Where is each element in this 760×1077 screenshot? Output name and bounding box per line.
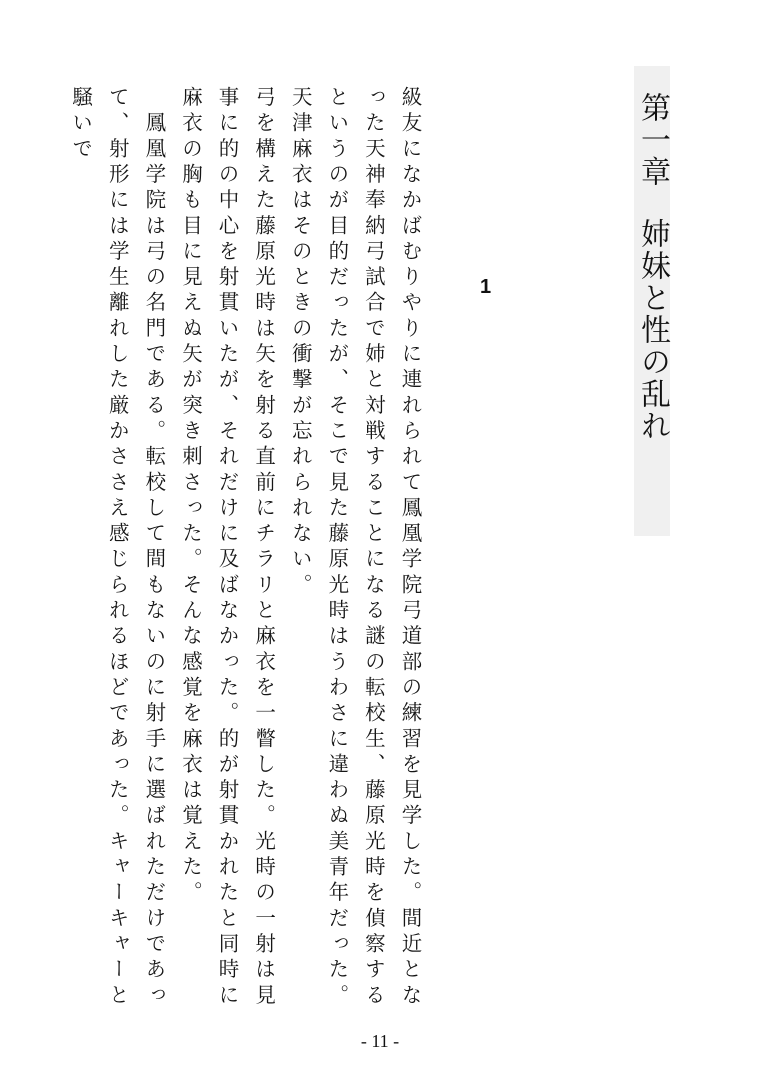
chapter-name: 姉妹と性の乱れ <box>635 218 670 442</box>
paragraph: 級友になかばむりやりに連れられて鳳凰学院弓道部の練習を見学した。間近となった天神… <box>318 86 428 1026</box>
paragraph: 天津麻衣はそのときの衝撃が忘れられない。 <box>282 86 319 1026</box>
book-page: 第一章姉妹と性の乱れ 1 級友になかばむりやりに連れられて鳳凰学院弓道部の練習を… <box>0 0 760 1077</box>
paragraph: 弓を構えた藤原光時は矢を射る直前にチラリと麻衣を一瞥した。光時の一射は見事に的の… <box>172 86 282 1026</box>
chapter-title: 第一章姉妹と性の乱れ <box>634 92 670 442</box>
body-text: 級友になかばむりやりに連れられて鳳凰学院弓道部の練習を見学した。間近となった天神… <box>62 86 428 1026</box>
page-number: - 11 - <box>0 1031 760 1052</box>
chapter-number: 第一章 <box>635 92 670 188</box>
section-number: 1 <box>480 276 491 299</box>
paragraph: 鳳凰学院は弓の名門である。転校して間もないのに射手に選ばれただけであって、射形に… <box>62 86 172 1026</box>
